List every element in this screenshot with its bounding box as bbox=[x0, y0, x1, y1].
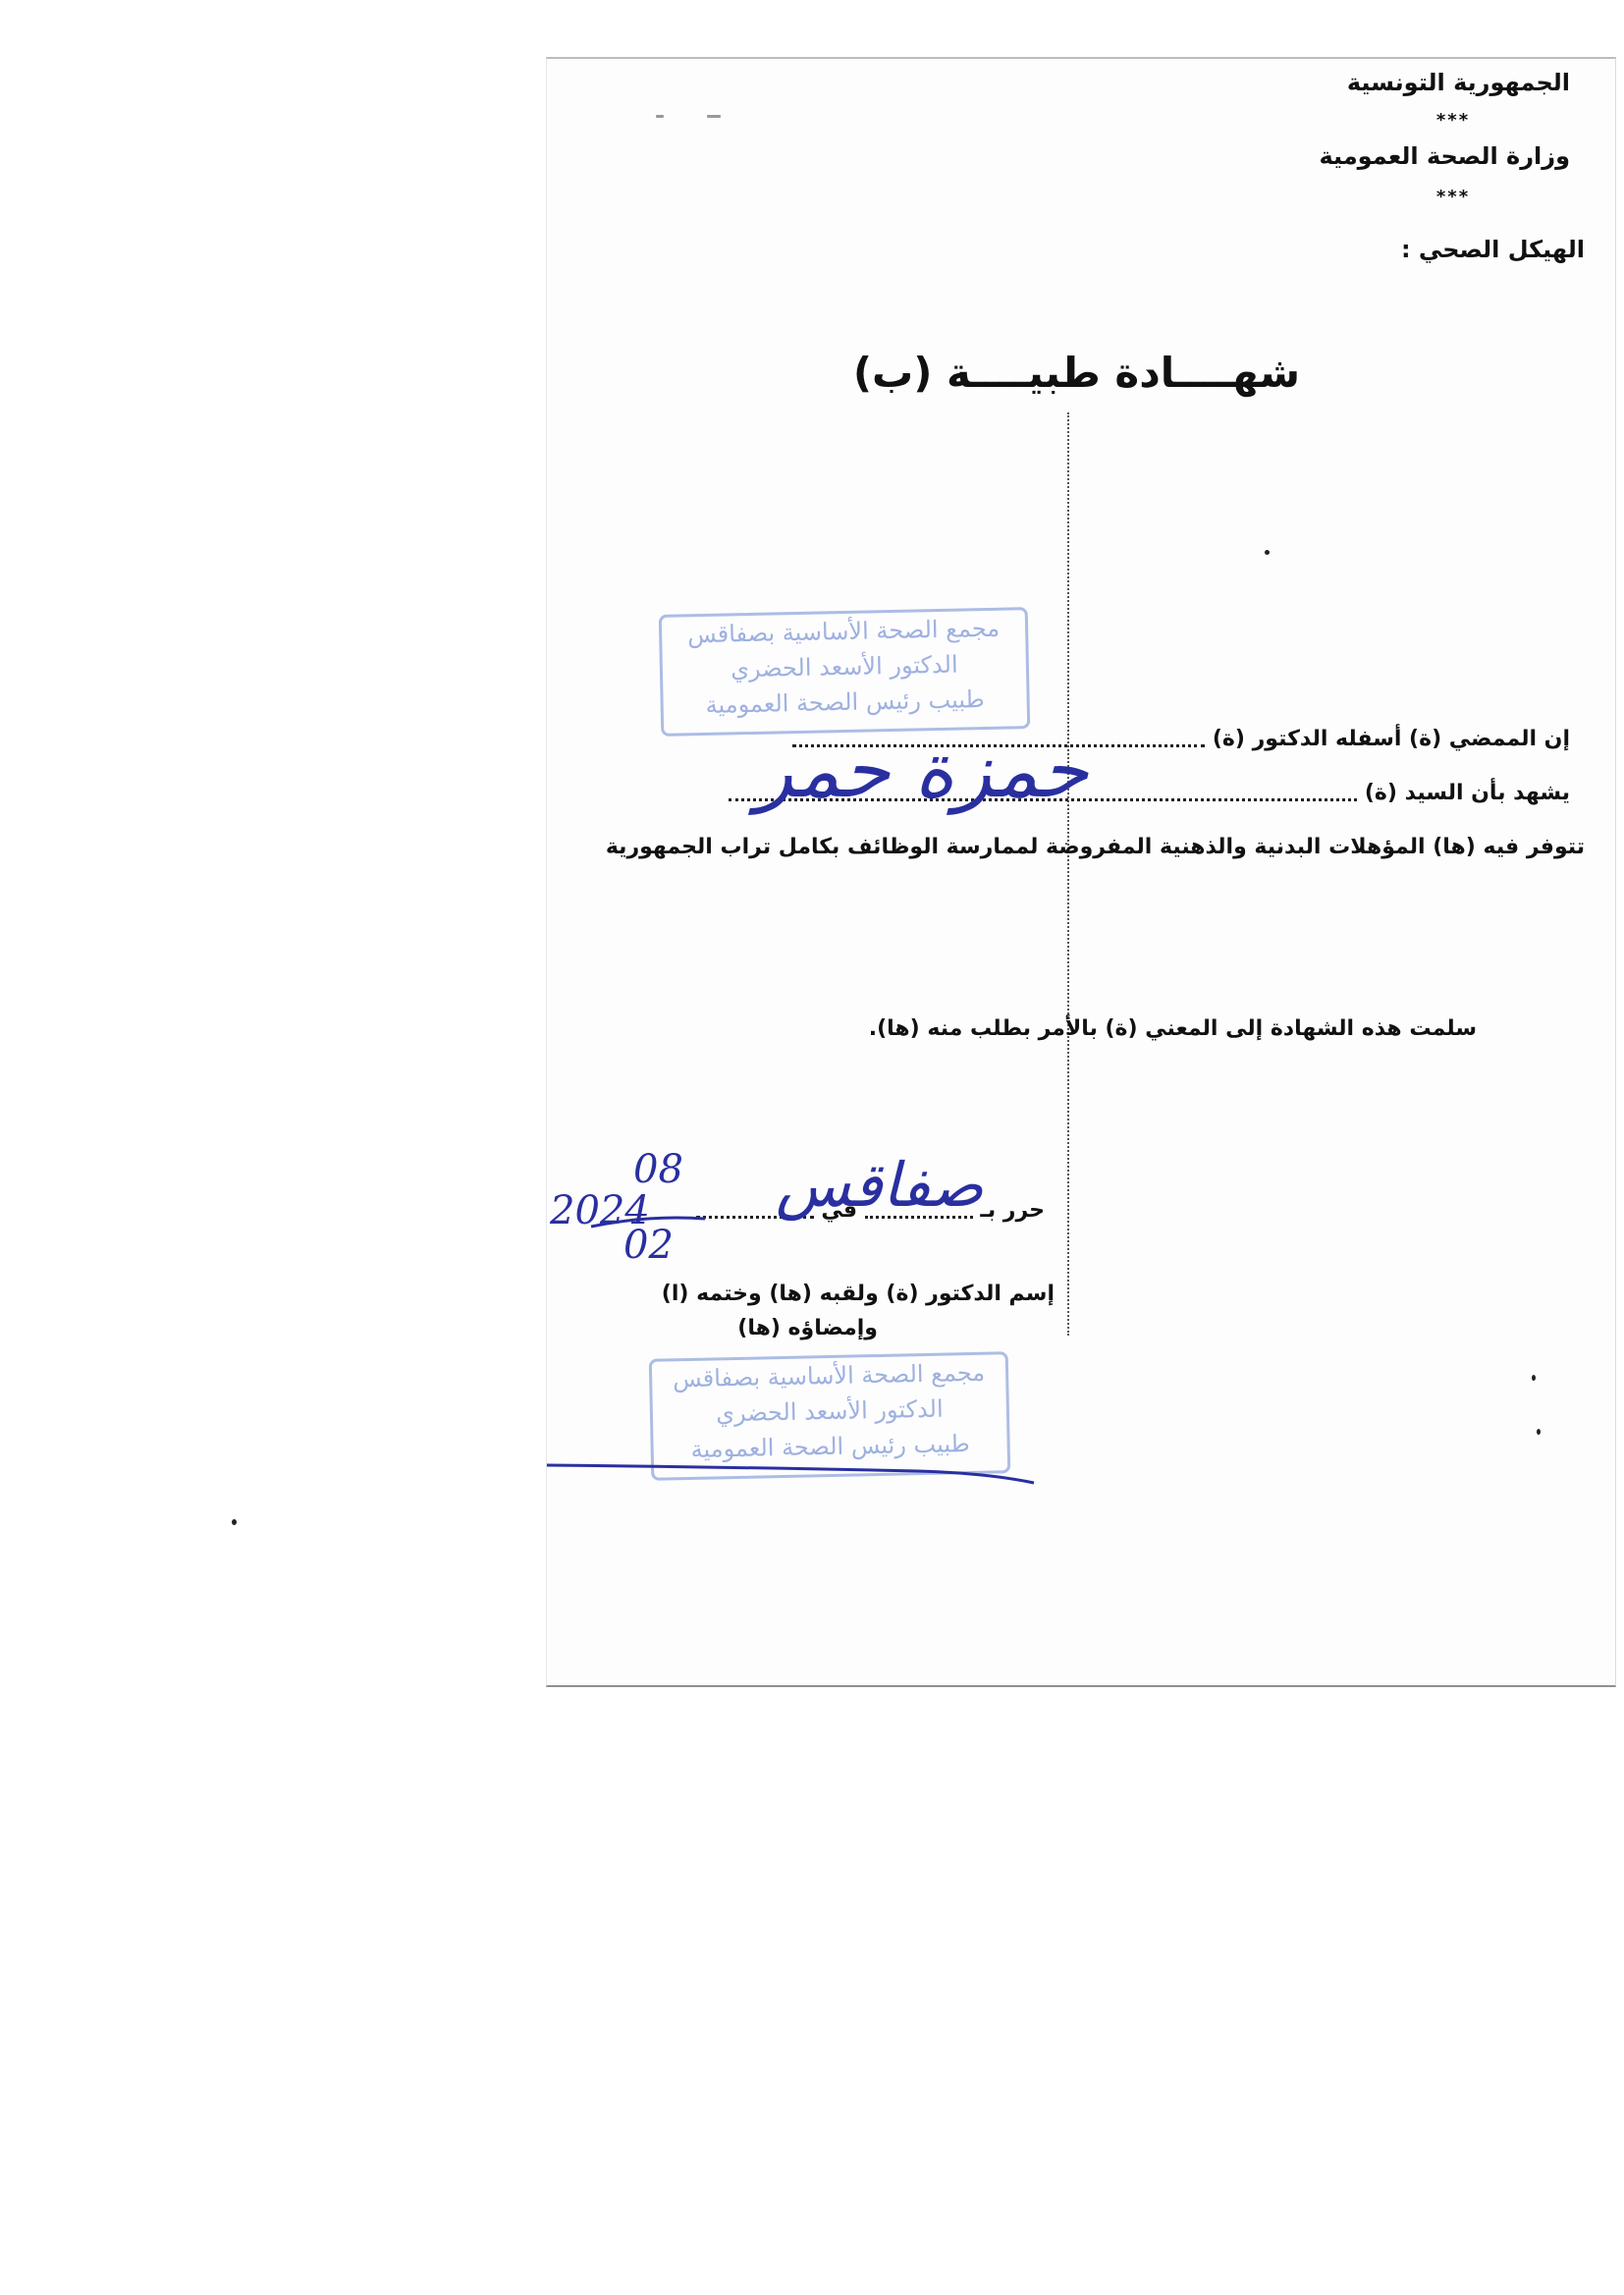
header-country: الجمهورية التونسية bbox=[1347, 69, 1570, 96]
header-separator: *** bbox=[1414, 110, 1492, 131]
stamp-line: مجمع الصحة الأساسية بصفاقس bbox=[652, 1354, 1006, 1397]
patient-label: يشهد بأن السيد (ة) bbox=[1365, 781, 1570, 805]
scan-speck bbox=[707, 115, 721, 118]
doctor-label: إن الممضي (ة) أسفله الدكتور (ة) bbox=[1213, 727, 1570, 751]
written-at-label: حرر بـ bbox=[980, 1198, 1045, 1223]
signature-instructions: إسم الدكتور (ة) ولقبه (ها) وختمه (ا) bbox=[662, 1282, 1055, 1306]
signature-instructions-2: وإمضاؤه (ها) bbox=[737, 1316, 878, 1340]
document-title: شهــــادة طبيــــة (ب) bbox=[853, 349, 1300, 397]
header-health-facility-label: الهيكل الصحي : bbox=[1401, 236, 1585, 263]
scan-speck bbox=[1265, 550, 1270, 555]
scan-speck bbox=[656, 115, 664, 118]
stamp-line: طبيب رئيس الصحة العمومية bbox=[663, 681, 1027, 724]
header-ministry: وزارة الصحة العمومية bbox=[1319, 142, 1570, 170]
scan-speck bbox=[232, 1519, 237, 1525]
official-stamp: مجمع الصحة الأساسية بصفاقس الدكتور الأسع… bbox=[659, 607, 1031, 737]
handwritten-date-day: 08 bbox=[633, 1147, 683, 1192]
fitness-statement: تتوفر فيه (ها) المؤهلات البدنية والذهنية… bbox=[606, 835, 1585, 859]
header-separator: *** bbox=[1414, 187, 1492, 207]
handwritten-place: صفاقس bbox=[776, 1149, 984, 1221]
paper-fold-line bbox=[1067, 412, 1069, 1336]
handwritten-patient-name: حمزة حمر bbox=[756, 727, 1088, 815]
scan-speck bbox=[1532, 1375, 1536, 1381]
signature-stroke bbox=[545, 1453, 1036, 1493]
delivery-statement: سلمت هذه الشهادة إلى المعني (ة) بالأمر ب… bbox=[869, 1016, 1477, 1041]
scan-speck bbox=[1537, 1429, 1541, 1435]
date-fraction-stroke bbox=[589, 1213, 707, 1232]
